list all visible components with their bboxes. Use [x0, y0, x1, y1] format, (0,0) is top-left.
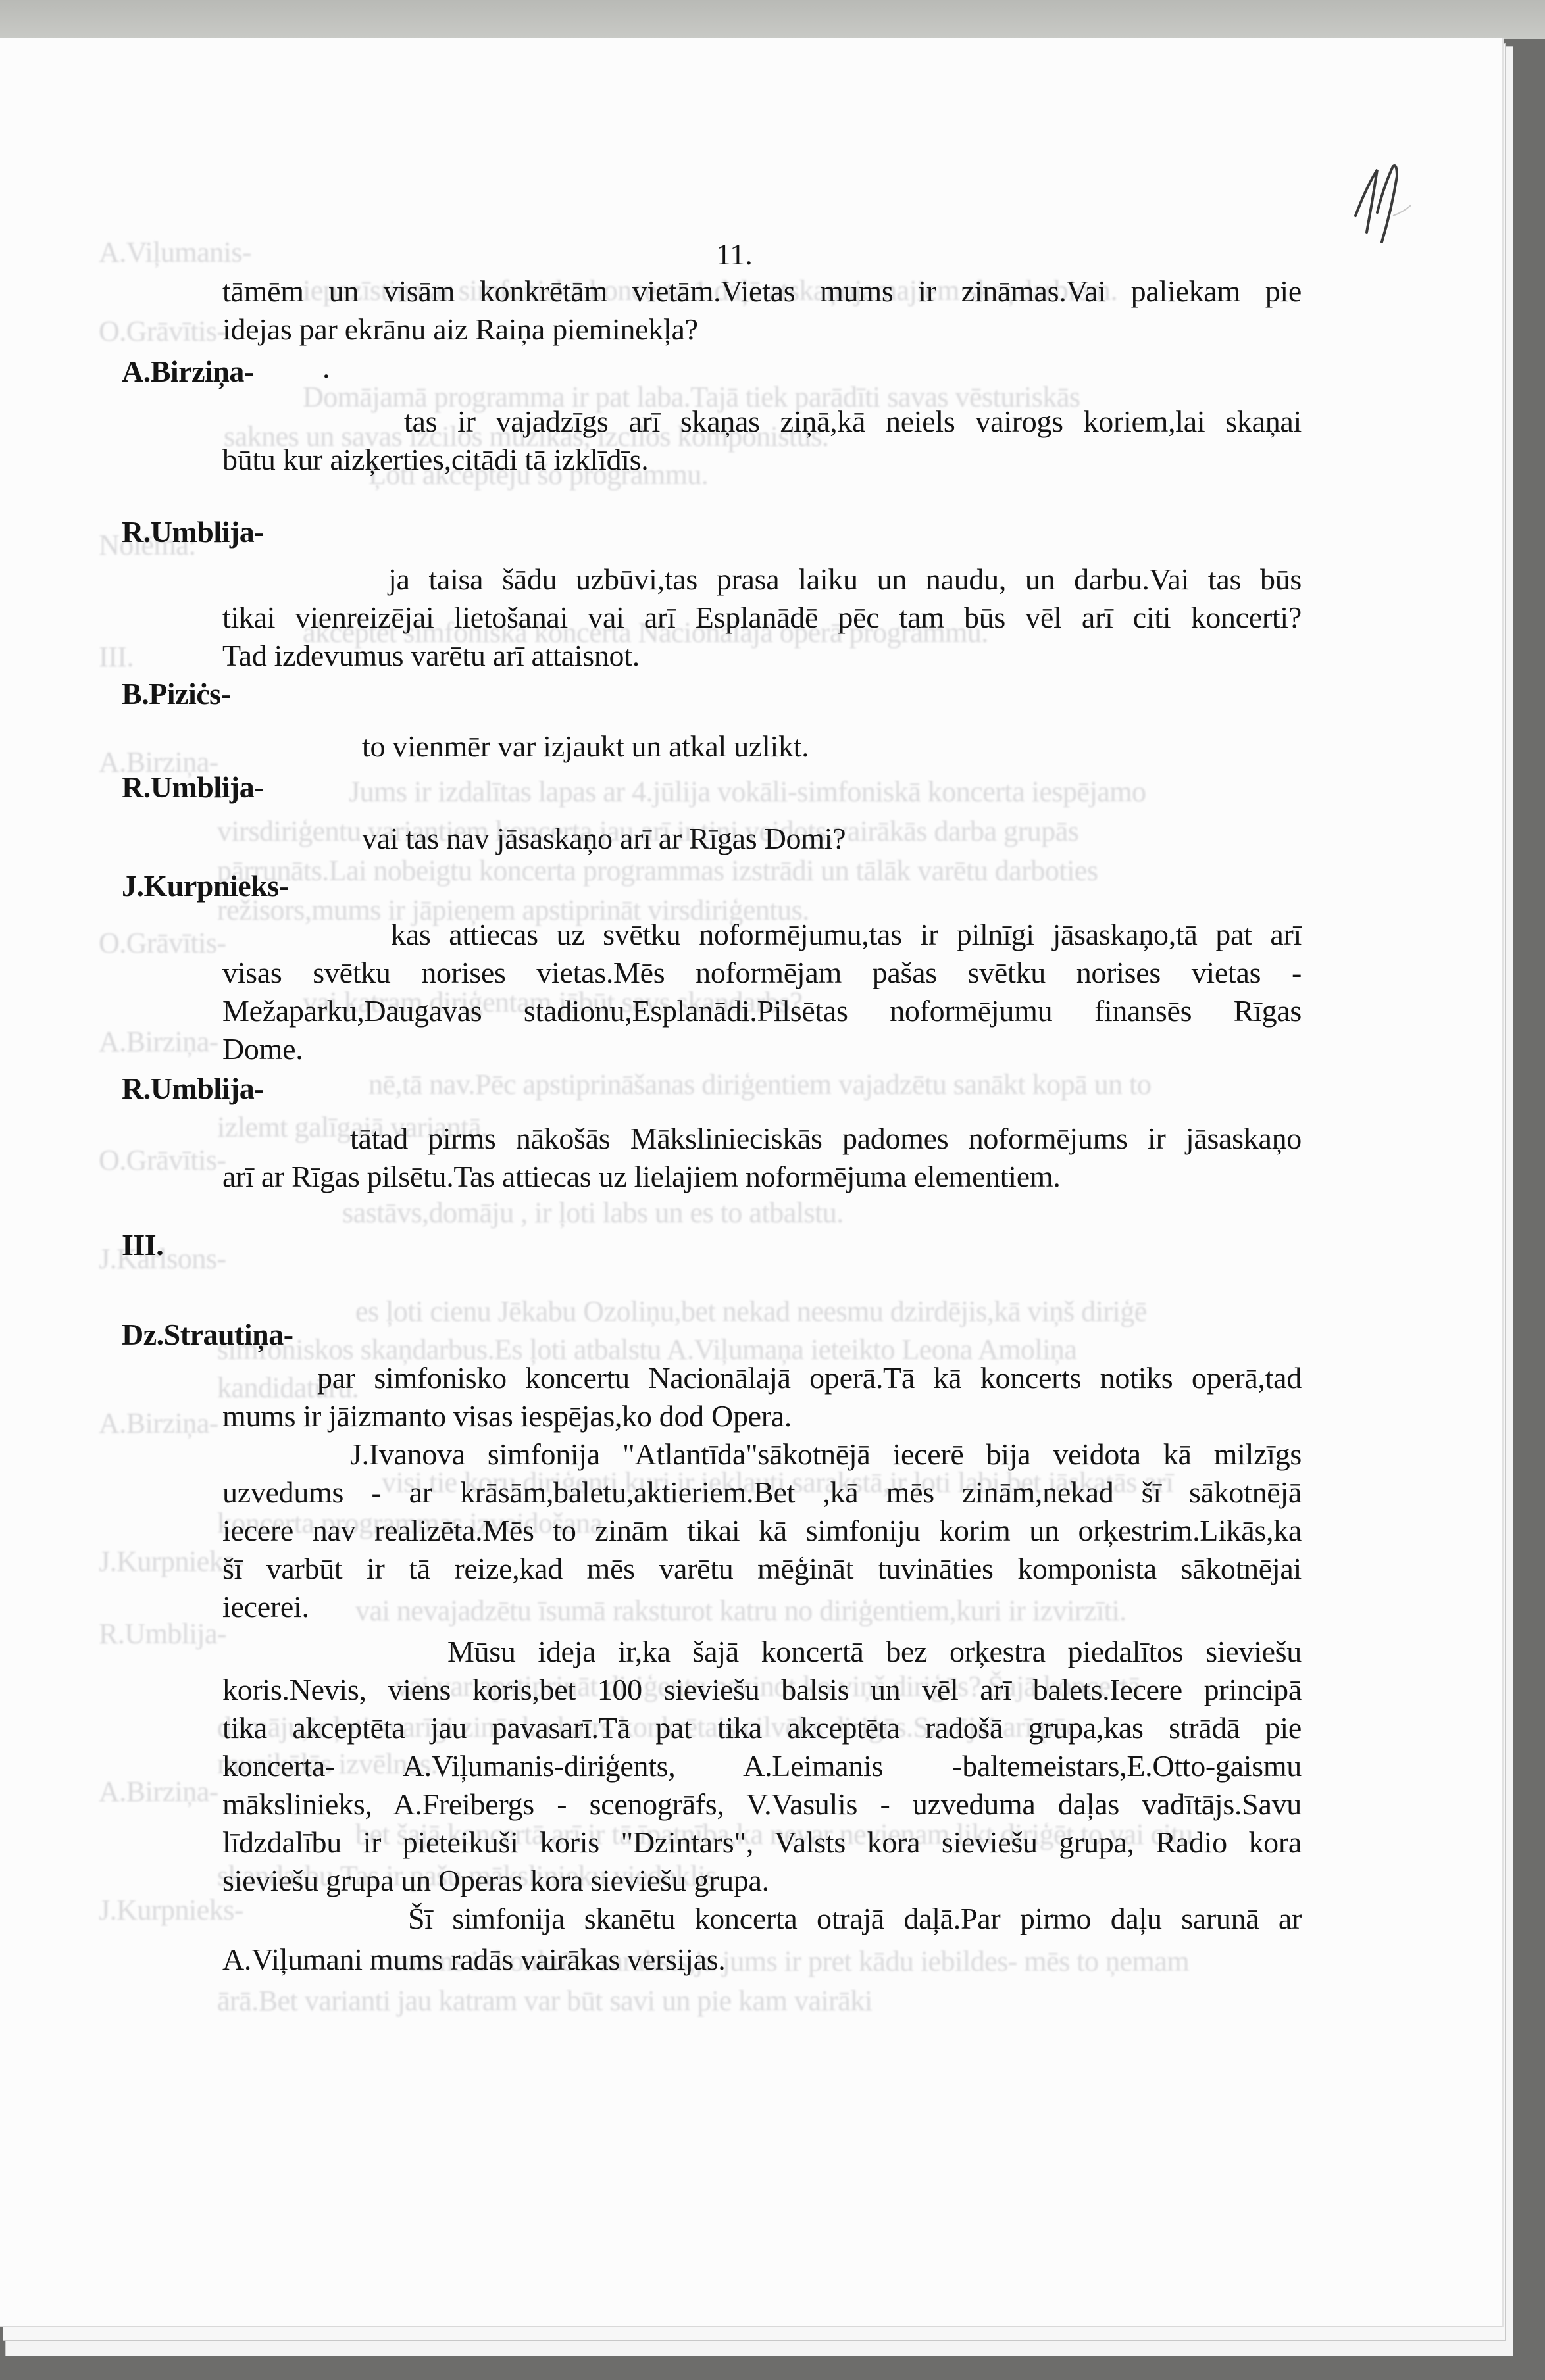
speaker-label: Dz.Strautiņa-: [122, 1317, 293, 1352]
body-line: Mūsu ideja ir,ka šajā koncertā bez orķes…: [447, 1637, 1302, 1667]
body-line: ja taisa šādu uzbūvi,tas prasa laiku un …: [388, 564, 1302, 595]
body-line: tikai vienreizējai lietošanai vai arī Es…: [222, 603, 1302, 633]
body-line: par simfonisko koncertu Nacionālajā oper…: [317, 1363, 1302, 1393]
body-line: Dome.: [222, 1034, 303, 1064]
body-line: iecere nav realizēta.Mēs to zinām tikai …: [222, 1516, 1302, 1546]
speaker-label: R.Umblija-: [122, 514, 264, 549]
body-line: Tad izdevumus varētu arī attaisnot.: [222, 641, 640, 671]
body-line: koris.Nevis, viens koris,bet 100 sievieš…: [222, 1675, 1302, 1705]
speaker-label: R.Umblija-: [122, 1071, 264, 1106]
document-body: 11. tāmēm un visām konkrētām vietām.Viet…: [0, 38, 1502, 2326]
body-line: arī ar Rīgas pilsētu.Tas attiecas uz lie…: [222, 1162, 1061, 1192]
body-line: mums ir jāizmanto visas iespējas,ko dod …: [222, 1401, 792, 1431]
body-line: šī varbūt ir tā reize,kad mēs varētu mēģ…: [222, 1554, 1302, 1584]
body-line: līdzdalību ir pieteikuši koris "Dzintars…: [222, 1827, 1302, 1858]
body-line: Šī simfonija skanētu koncerta otrajā daļ…: [408, 1904, 1302, 1934]
body-line: iecerei.: [222, 1592, 309, 1622]
body-line: vai tas nav jāsaskaņo arī ar Rīgas Domi?: [362, 824, 846, 854]
body-line: tātad pirms nākošās Mākslinieciskās pado…: [350, 1124, 1302, 1154]
body-line: tāmēm un visām konkrētām vietām.Vietas m…: [222, 276, 1302, 307]
body-line: idejas par ekrānu aiz Raiņa pieminekļa?: [222, 314, 698, 345]
speaker-label: J.Kurpnieks-: [122, 868, 288, 903]
page-number: 11.: [716, 237, 753, 272]
body-line: uzvedums - ar krāsām,baletu,aktieriem.Be…: [222, 1477, 1302, 1508]
body-line: tika akceptēta jau pavasarī.Tā pat tika …: [222, 1713, 1302, 1743]
body-line: J.Ivanova simfonija "Atlantīda"sākotnējā…: [350, 1439, 1302, 1470]
body-line: koncerta- A.Viļumanis-diriģents, A.Leima…: [222, 1751, 1302, 1781]
body-line: būtu kur aizķerties,citādi tā izklīdīs.: [222, 445, 648, 475]
body-line: visas svētku norises vietas.Mēs noformēj…: [222, 958, 1302, 988]
section-number: III.: [122, 1227, 163, 1262]
document-page: A.Viļumanis- iepazīstina ar simfoniskā k…: [0, 38, 1504, 2327]
speaker-label: A.Birziņa-: [122, 354, 254, 389]
body-line: Mežaparku,Daugavas stadionu,Esplanādi.Pi…: [222, 996, 1302, 1026]
body-line: tas ir vajadzīgs arī skaņas ziņā,kā neie…: [404, 407, 1302, 437]
body-line: to vienmēr var izjaukt un atkal uzlikt.: [362, 731, 809, 762]
speaker-label: B.Piziċs-: [122, 676, 230, 711]
body-line: kas attiecas uz svētku noformējumu,tas i…: [391, 920, 1302, 950]
scanner-background: [0, 0, 1545, 39]
body-line: A.Viļumani mums radās vairākas versijas.: [222, 1945, 726, 1975]
speaker-label: R.Umblija-: [122, 770, 264, 805]
body-line: .: [322, 353, 330, 383]
body-line: mākslinieks, A.Freibergs - scenogrāfs, V…: [222, 1789, 1302, 1820]
body-line: sieviešu grupa un Operas kora sieviešu g…: [222, 1866, 769, 1896]
